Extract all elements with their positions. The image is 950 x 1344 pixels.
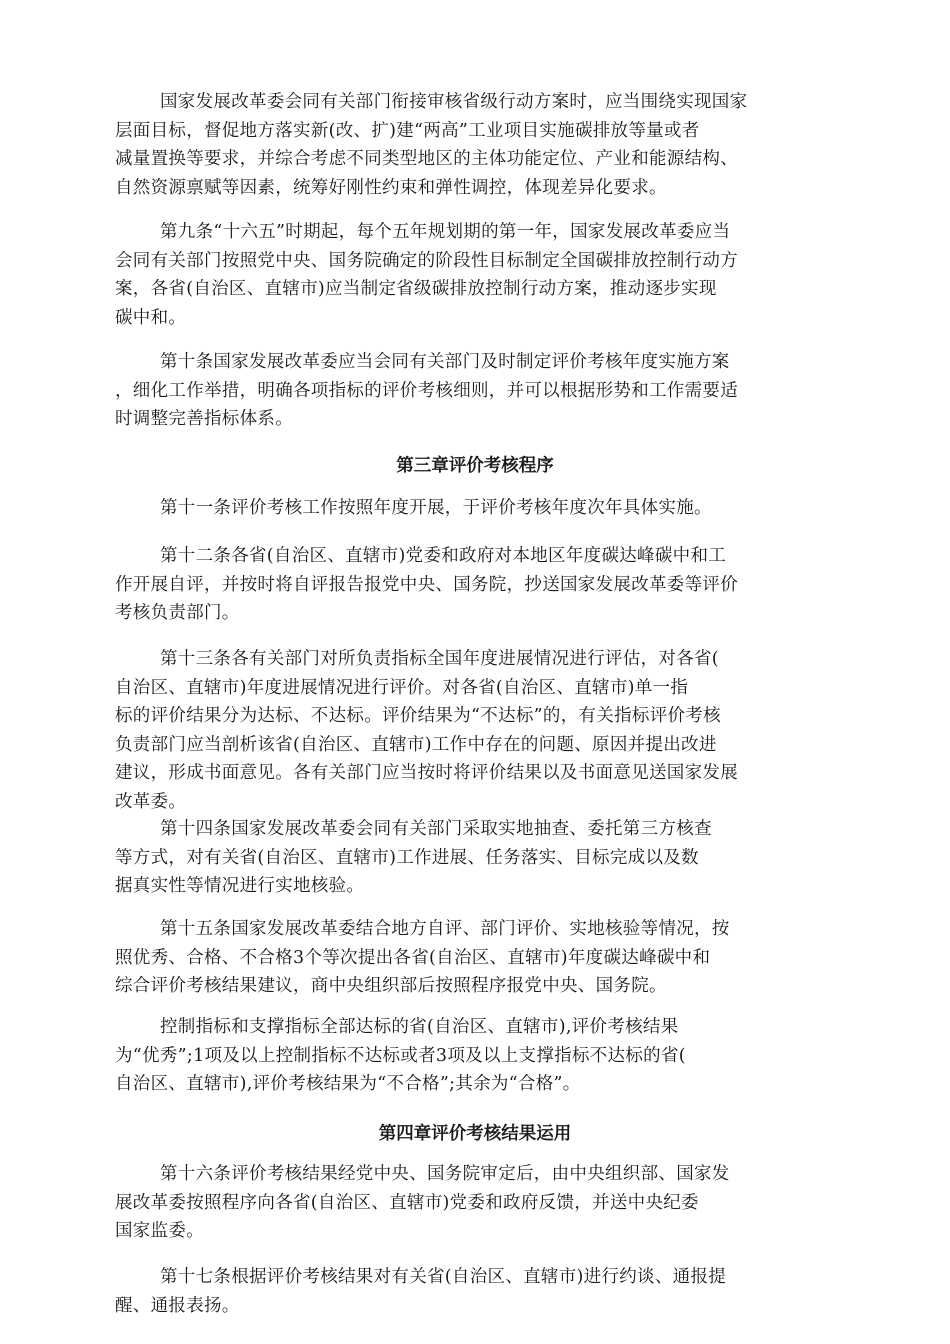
paragraph-action-plan-review: 国家发展改革委会同有关部门衔接审核省级行动方案时，应当围绕实现国家 层面目标，督… (115, 88, 835, 202)
text-line: 第十三条各有关部门对所负责指标全国年度进展情况进行评估，对各省( (115, 645, 835, 674)
text-line: 等方式，对有关省(自治区、直辖市)工作进展、任务落实、目标完成以及数 (115, 844, 835, 873)
text-line: 考核负责部门。 (115, 599, 835, 628)
paragraph-article-17: 第十七条根据评价考核结果对有关省(自治区、直辖市)进行约谈、通报提 醒、通报表扬… (115, 1263, 835, 1320)
text-line: 层面目标，督促地方落实新(改、扩)建“两高”工业项目实施碳排放等量或者 (115, 117, 835, 146)
text-line: 碳中和。 (115, 304, 835, 333)
chapter-3-heading: 第三章评价考核程序 (0, 452, 950, 477)
text-line: 第十七条根据评价考核结果对有关省(自治区、直辖市)进行约谈、通报提 (115, 1263, 835, 1292)
text-line: 第十五条国家发展改革委结合地方自评、部门评价、实地核验等情况，按 (115, 915, 835, 944)
paragraph-article-15: 第十五条国家发展改革委结合地方自评、部门评价、实地核验等情况，按 照优秀、合格、… (115, 915, 835, 1001)
text-line: 第十条国家发展改革委应当会同有关部门及时制定评价考核年度实施方案 (115, 348, 835, 377)
text-line: 标的评价结果分为达标、不达标。评价结果为“不达标”的，有关指标评价考核 (115, 702, 835, 731)
text-line: 第十一条评价考核工作按照年度开展，于评价考核年度次年具体实施。 (115, 494, 835, 523)
text-line: 第十四条国家发展改革委会同有关部门采取实地抽查、委托第三方核查 (115, 815, 835, 844)
text-line: 展改革委按照程序向各省(自治区、直辖市)党委和政府反馈，并送中央纪委 (115, 1189, 835, 1218)
text-line: 建议，形成书面意见。各有关部门应当按时将评价结果以及书面意见送国家发展 (115, 759, 835, 788)
text-line: 国家发展改革委会同有关部门衔接审核省级行动方案时，应当围绕实现国家 (115, 88, 835, 117)
paragraph-article-11: 第十一条评价考核工作按照年度开展，于评价考核年度次年具体实施。 (115, 494, 835, 523)
text-line: 第十六条评价考核结果经党中央、国务院审定后，由中央组织部、国家发 (115, 1160, 835, 1189)
text-line: 自治区、直辖市)年度进展情况进行评价。对各省(自治区、直辖市)单一指 (115, 674, 835, 703)
paragraph-article-9: 第九条“十六五”时期起，每个五年规划期的第一年，国家发展改革委应当 会同有关部门… (115, 218, 835, 332)
text-line: 照优秀、合格、不合格3个等次提出各省(自治区、直辖市)年度碳达峰碳中和 (115, 944, 835, 973)
document-page: 国家发展改革委会同有关部门衔接审核省级行动方案时，应当围绕实现国家 层面目标，督… (0, 0, 950, 1344)
text-line: 减量置换等要求，并综合考虑不同类型地区的主体功能定位、产业和能源结构、 (115, 145, 835, 174)
paragraph-article-10: 第十条国家发展改革委应当会同有关部门及时制定评价考核年度实施方案 ，细化工作举措… (115, 348, 835, 434)
text-line: 案，各省(自治区、直辖市)应当制定省级碳排放控制行动方案，推动逐步实现 (115, 275, 835, 304)
paragraph-article-14: 第十四条国家发展改革委会同有关部门采取实地抽查、委托第三方核查 等方式，对有关省… (115, 815, 835, 901)
text-line: 第九条“十六五”时期起，每个五年规划期的第一年，国家发展改革委应当 (115, 218, 835, 247)
text-line: 改革委。 (115, 788, 835, 817)
text-line: 自然资源禀赋等因素，统筹好刚性约束和弹性调控，体现差异化要求。 (115, 174, 835, 203)
text-line: 作开展自评，并按时将自评报告报党中央、国务院，抄送国家发展改革委等评价 (115, 571, 835, 600)
text-line: ，细化工作举措，明确各项指标的评价考核细则，并可以根据形势和工作需要适 (115, 377, 835, 406)
text-line: 为“优秀”;1项及以上控制指标不达标或者3项及以上支撑指标不达标的省( (115, 1042, 835, 1071)
text-line: 负责部门应当剖析该省(自治区、直辖市)工作中存在的问题、原因并提出改进 (115, 731, 835, 760)
text-line: 第十二条各省(自治区、直辖市)党委和政府对本地区年度碳达峰碳中和工 (115, 542, 835, 571)
text-line: 综合评价考核结果建议，商中央组织部后按照程序报党中央、国务院。 (115, 972, 835, 1001)
text-line: 据真实性等情况进行实地核验。 (115, 872, 835, 901)
paragraph-rating-criteria: 控制指标和支撑指标全部达标的省(自治区、直辖市),评价考核结果 为“优秀”;1项… (115, 1013, 835, 1099)
paragraph-article-16: 第十六条评价考核结果经党中央、国务院审定后，由中央组织部、国家发 展改革委按照程… (115, 1160, 835, 1246)
text-line: 时调整完善指标体系。 (115, 405, 835, 434)
paragraph-article-13: 第十三条各有关部门对所负责指标全国年度进展情况进行评估，对各省( 自治区、直辖市… (115, 645, 835, 816)
text-line: 自治区、直辖市),评价考核结果为“不合格”;其余为“合格”。 (115, 1070, 835, 1099)
text-line: 醒、通报表扬。 (115, 1292, 835, 1321)
text-line: 国家监委。 (115, 1217, 835, 1246)
text-line: 控制指标和支撑指标全部达标的省(自治区、直辖市),评价考核结果 (115, 1013, 835, 1042)
paragraph-article-12: 第十二条各省(自治区、直辖市)党委和政府对本地区年度碳达峰碳中和工 作开展自评，… (115, 542, 835, 628)
text-line: 会同有关部门按照党中央、国务院确定的阶段性目标制定全国碳排放控制行动方 (115, 247, 835, 276)
chapter-4-heading: 第四章评价考核结果运用 (0, 1120, 950, 1145)
